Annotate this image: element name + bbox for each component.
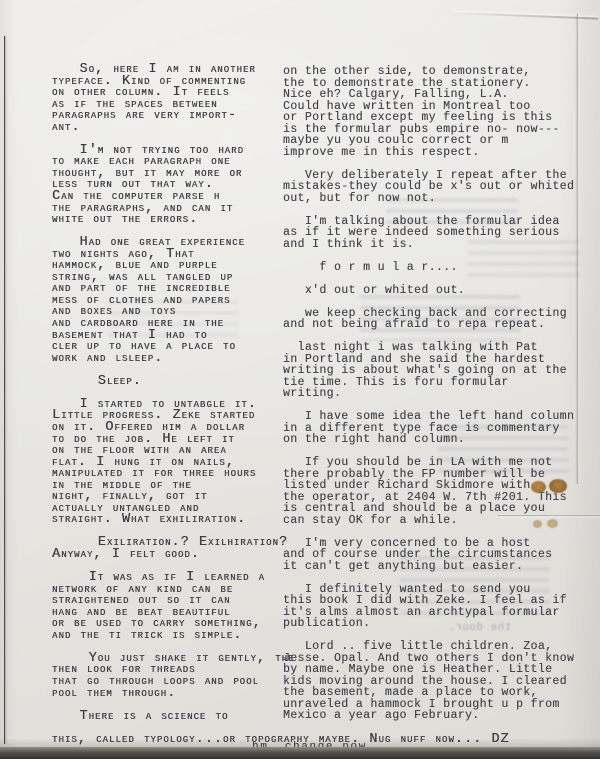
paper-sheet: the door. So, here I am in another typef… (0, 0, 600, 750)
photo-of-letter: the door. So, here I am in another typef… (0, 0, 600, 759)
coffee-stain (547, 519, 558, 528)
coffee-stain (549, 479, 567, 493)
paper-fold-right-edge (577, 14, 578, 484)
paper-edge-left-shadow (4, 36, 5, 744)
backdrop-below-paper (0, 747, 600, 759)
paper-bottom-shading (0, 738, 600, 747)
coffee-stain (531, 481, 546, 493)
right-column-typewriter-text: on the other side, to demonstrate, the t… (283, 66, 574, 722)
coffee-stain (533, 520, 542, 528)
paper-crease-mid-right (498, 515, 600, 516)
